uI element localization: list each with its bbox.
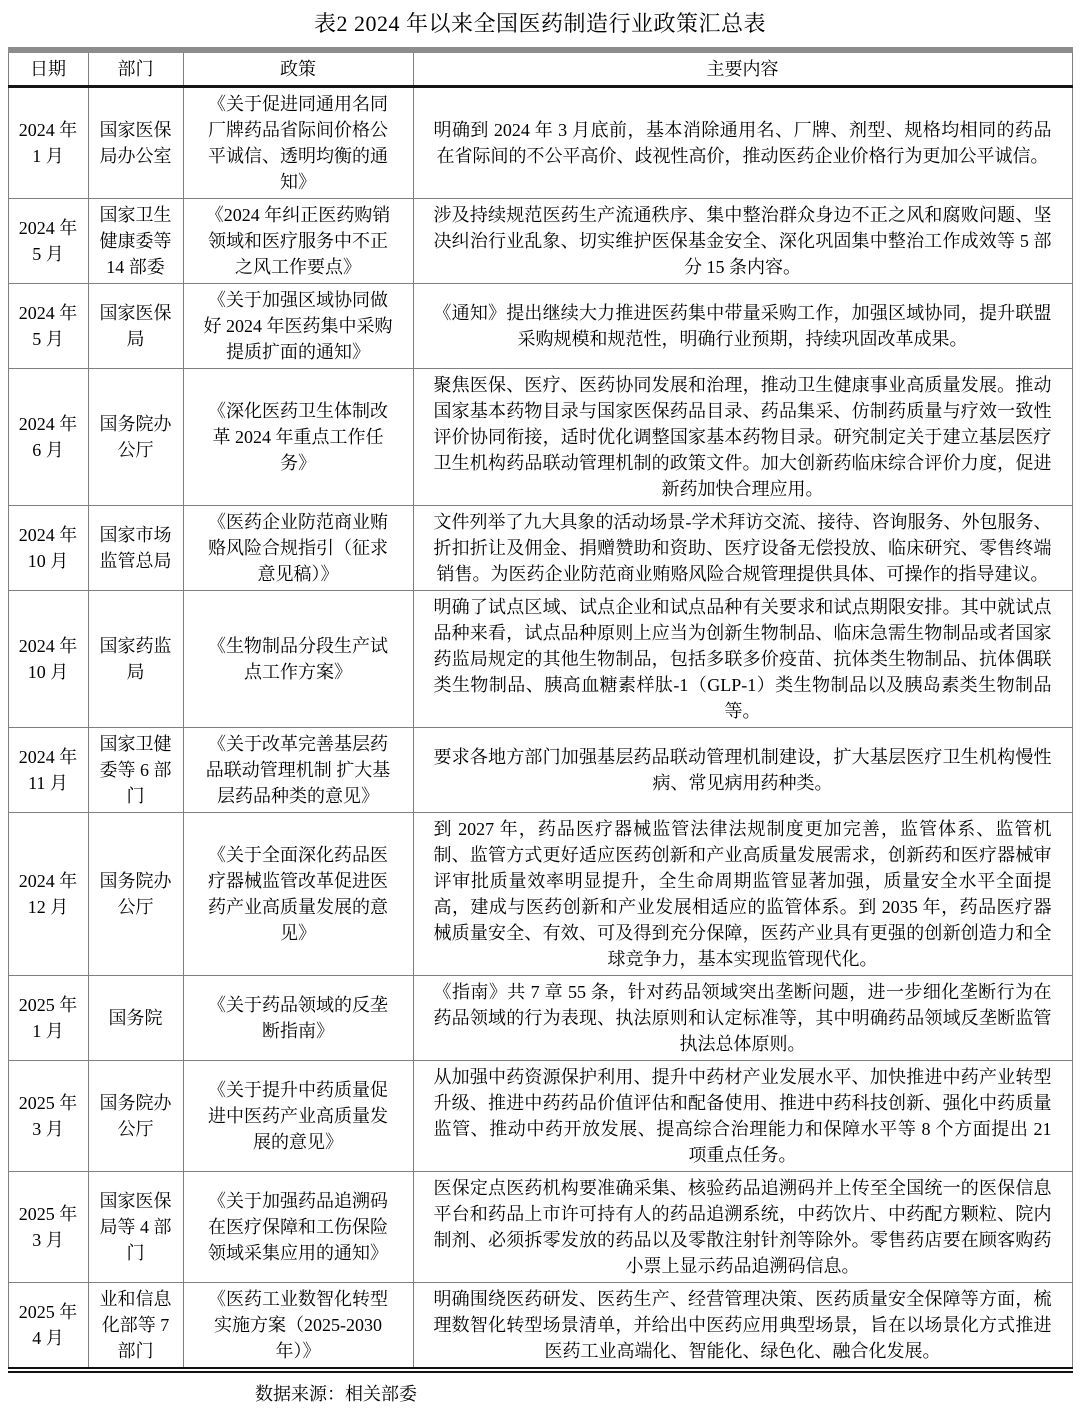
column-header-dept: 部门 xyxy=(88,50,183,87)
table-header-row: 日期 部门 政策 主要内容 xyxy=(8,50,1072,87)
policy-cell: 《关于加强区域协同做好 2024 年医药集中采购提质扩面的通知》 xyxy=(183,284,413,369)
table-row: 2025 年 3 月国务院办公厅《关于提升中药质量促进中医药产业高质量发展的意见… xyxy=(8,1061,1072,1172)
policy-cell: 《关于加强药品追溯码在医疗保障和工伤保险领域采集应用的通知》 xyxy=(183,1172,413,1283)
dept-cell: 国务院办公厅 xyxy=(88,1061,183,1172)
policy-table: 日期 部门 政策 主要内容 2024 年 1 月国家医保局办公室《关于促进同通用… xyxy=(8,47,1073,1373)
content-cell: 医保定点医药机构要准确采集、核验药品追溯码并上传至全国统一的医保信息平台和药品上… xyxy=(413,1172,1072,1283)
date-cell: 2024 年 5 月 xyxy=(8,284,88,369)
dept-cell: 国务院办公厅 xyxy=(88,813,183,976)
table-row: 2024 年 5 月国家卫生健康委等 14 部委《2024 年纠正医药购销领域和… xyxy=(8,199,1072,284)
date-cell: 2024 年 12 月 xyxy=(8,813,88,976)
table-row: 2025 年 4 月业和信息化部等 7 部门《医药工业数智化转型实施方案（202… xyxy=(8,1283,1072,1371)
table-row: 2025 年 1 月国务院《关于药品领域的反垄断指南》《指南》共 7 章 55 … xyxy=(8,976,1072,1061)
table-row: 2024 年 10 月国家市场监管总局《医药企业防范商业贿赂风险合规指引（征求意… xyxy=(8,506,1072,591)
table-row: 2024 年 5 月国家医保局《关于加强区域协同做好 2024 年医药集中采购提… xyxy=(8,284,1072,369)
table-row: 2024 年 11 月国家卫健委等 6 部门《关于改革完善基层药品联动管理机制 … xyxy=(8,728,1072,813)
date-cell: 2025 年 1 月 xyxy=(8,976,88,1061)
date-cell: 2024 年 1 月 xyxy=(8,87,88,199)
policy-cell: 《关于全面深化药品医疗器械监管改革促进医药产业高质量发展的意见》 xyxy=(183,813,413,976)
policy-cell: 《2024 年纠正医药购销领域和医疗服务中不正之风工作要点》 xyxy=(183,199,413,284)
content-cell: 《通知》提出继续大力推进医药集中带量采购工作，加强区域协同，提升联盟采购规模和规… xyxy=(413,284,1072,369)
dept-cell: 国家医保局办公室 xyxy=(88,87,183,199)
date-cell: 2025 年 4 月 xyxy=(8,1283,88,1371)
dept-cell: 业和信息化部等 7 部门 xyxy=(88,1283,183,1371)
date-cell: 2024 年 6 月 xyxy=(8,369,88,506)
date-cell: 2024 年 10 月 xyxy=(8,506,88,591)
date-cell: 2024 年 10 月 xyxy=(8,591,88,728)
table-row: 2024 年 1 月国家医保局办公室《关于促进同通用名同厂牌药品省际间价格公平诚… xyxy=(8,87,1072,199)
dept-cell: 国家卫生健康委等 14 部委 xyxy=(88,199,183,284)
content-cell: 到 2027 年，药品医疗器械监管法律法规制度更加完善，监管体系、监管机制、监管… xyxy=(413,813,1072,976)
date-cell: 2025 年 3 月 xyxy=(8,1061,88,1172)
column-header-content: 主要内容 xyxy=(413,50,1072,87)
content-cell: 涉及持续规范医药生产流通秩序、集中整治群众身边不正之风和腐败问题、坚决纠治行业乱… xyxy=(413,199,1072,284)
column-header-policy: 政策 xyxy=(183,50,413,87)
table-row: 2024 年 10 月国家药监局《生物制品分段生产试点工作方案》明确了试点区域、… xyxy=(8,591,1072,728)
content-cell: 明确围绕医药研发、医药生产、经营管理决策、医药质量安全保障等方面，梳理数智化转型… xyxy=(413,1283,1072,1371)
date-cell: 2024 年 5 月 xyxy=(8,199,88,284)
policy-cell: 《医药企业防范商业贿赂风险合规指引（征求意见稿）》 xyxy=(183,506,413,591)
content-cell: 要求各地方部门加强基层药品联动管理机制建设，扩大基层医疗卫生机构慢性病、常见病用… xyxy=(413,728,1072,813)
policy-cell: 《生物制品分段生产试点工作方案》 xyxy=(183,591,413,728)
policy-cell: 《关于促进同通用名同厂牌药品省际间价格公平诚信、透明均衡的通知》 xyxy=(183,87,413,199)
dept-cell: 国家卫健委等 6 部门 xyxy=(88,728,183,813)
content-cell: 聚焦医保、医疗、医药协同发展和治理，推动卫生健康事业高质量发展。推动国家基本药物… xyxy=(413,369,1072,506)
content-cell: 《指南》共 7 章 55 条，针对药品领域突出垄断问题，进一步细化垄断行为在药品… xyxy=(413,976,1072,1061)
content-cell: 从加强中药资源保护利用、提升中药材产业发展水平、加快推进中药产业转型升级、推进中… xyxy=(413,1061,1072,1172)
policy-cell: 《关于提升中药质量促进中医药产业高质量发展的意见》 xyxy=(183,1061,413,1172)
policy-cell: 《深化医药卫生体制改革 2024 年重点工作任务》 xyxy=(183,369,413,506)
table-row: 2024 年 12 月国务院办公厅《关于全面深化药品医疗器械监管改革促进医药产业… xyxy=(8,813,1072,976)
policy-cell: 《关于改革完善基层药品联动管理机制 扩大基层药品种类的意见》 xyxy=(183,728,413,813)
policy-cell: 《医药工业数智化转型实施方案（2025-2030 年）》 xyxy=(183,1283,413,1371)
dept-cell: 国务院办公厅 xyxy=(88,369,183,506)
dept-cell: 国家医保局等 4 部门 xyxy=(88,1172,183,1283)
dept-cell: 国家药监局 xyxy=(88,591,183,728)
policy-table-body: 2024 年 1 月国家医保局办公室《关于促进同通用名同厂牌药品省际间价格公平诚… xyxy=(8,87,1072,1371)
report-page: 表2 2024 年以来全国医药制造行业政策汇总表 日期 部门 政策 主要内容 2… xyxy=(0,0,1080,1416)
table-row: 2025 年 3 月国家医保局等 4 部门《关于加强药品追溯码在医疗保障和工伤保… xyxy=(8,1172,1072,1283)
content-cell: 明确了试点区域、试点企业和试点品种有关要求和试点期限安排。其中就试点品种来看，试… xyxy=(413,591,1072,728)
content-cell: 明确到 2024 年 3 月底前，基本消除通用名、厂牌、剂型、规格均相同的药品在… xyxy=(413,87,1072,199)
date-cell: 2024 年 11 月 xyxy=(8,728,88,813)
dept-cell: 国家市场监管总局 xyxy=(88,506,183,591)
table-title: 表2 2024 年以来全国医药制造行业政策汇总表 xyxy=(0,0,1080,47)
date-cell: 2025 年 3 月 xyxy=(8,1172,88,1283)
content-cell: 文件列举了九大具象的活动场景-学术拜访交流、接待、咨询服务、外包服务、折扣折让及… xyxy=(413,506,1072,591)
table-row: 2024 年 6 月国务院办公厅《深化医药卫生体制改革 2024 年重点工作任务… xyxy=(8,369,1072,506)
data-source-note: 数据来源：相关部委 xyxy=(0,1373,1080,1416)
column-header-date: 日期 xyxy=(8,50,88,87)
dept-cell: 国家医保局 xyxy=(88,284,183,369)
policy-cell: 《关于药品领域的反垄断指南》 xyxy=(183,976,413,1061)
dept-cell: 国务院 xyxy=(88,976,183,1061)
